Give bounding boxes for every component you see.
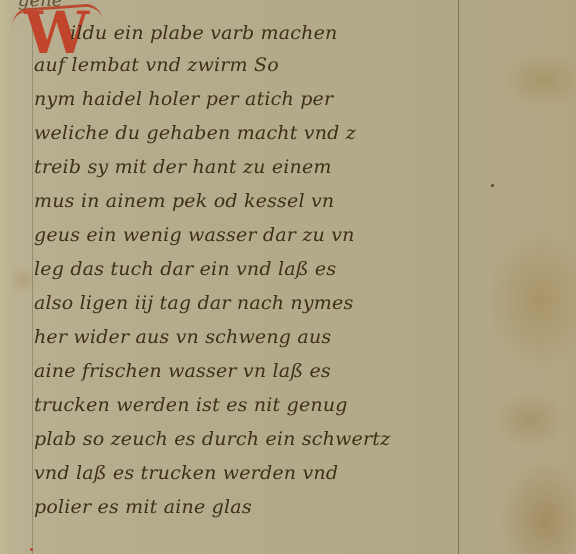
text-line-13: plab so zeuch es durch ein schwertz	[34, 428, 390, 450]
left-margin-ruling	[32, 0, 33, 554]
text-line-2: auf lembat vnd zwirm So	[34, 54, 279, 76]
text-line-9: also ligen iij tag dar nach nymes	[34, 292, 353, 314]
text-line-8: leg das tuch dar ein vnd laß es	[34, 258, 336, 280]
text-line-6: mus in ainem pek od kessel vn	[34, 190, 334, 212]
text-line-14: vnd laß es trucken werden vnd	[34, 462, 338, 484]
manuscript-page: gene W ildu ein plabe varb machen auf le…	[0, 0, 576, 554]
text-line-3: nym haidel holer per atich per	[34, 88, 333, 110]
text-line-15: polier es mit aine glas	[34, 496, 252, 518]
text-line-12: trucken werden ist es nit genug	[34, 394, 348, 416]
text-line-11: aine frischen wasser vn laß es	[34, 360, 331, 382]
text-line-1: ildu ein plabe varb machen	[70, 22, 337, 44]
right-margin-ruling	[458, 0, 459, 554]
text-line-4: weliche du gehaben macht vnd z	[34, 122, 356, 144]
page-left-edge	[0, 0, 14, 554]
rubric-speck	[30, 548, 33, 551]
text-line-10: her wider aus vn schweng aus	[34, 326, 331, 348]
text-line-5: treib sy mit der hant zu einem	[34, 156, 332, 178]
text-line-7: geus ein wenig wasser dar zu vn	[34, 224, 355, 246]
ink-speck	[491, 184, 494, 187]
